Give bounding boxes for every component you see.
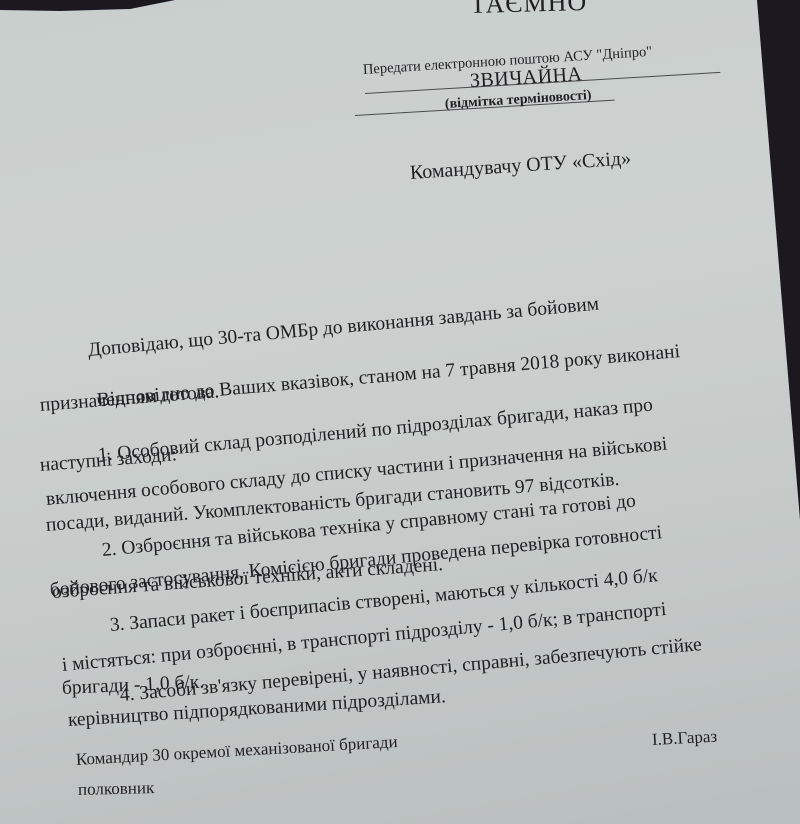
urgency-caption: (відмітка терміновості) [445,88,592,113]
document: ТАЄМНО Передати електронною поштою АСУ "… [0,0,800,824]
classification-stamp: ТАЄМНО [470,0,588,20]
body-line: Доповідаю, що 30-та ОМБр до виконання за… [87,294,600,362]
signature-position: Командир 30 окремої механізованої бригад… [75,732,398,770]
signature-rank: полковник [78,778,155,800]
addressee: Командувачу ОТУ «Схід» [409,147,631,185]
signature-name: І.В.Гараз [651,727,717,750]
